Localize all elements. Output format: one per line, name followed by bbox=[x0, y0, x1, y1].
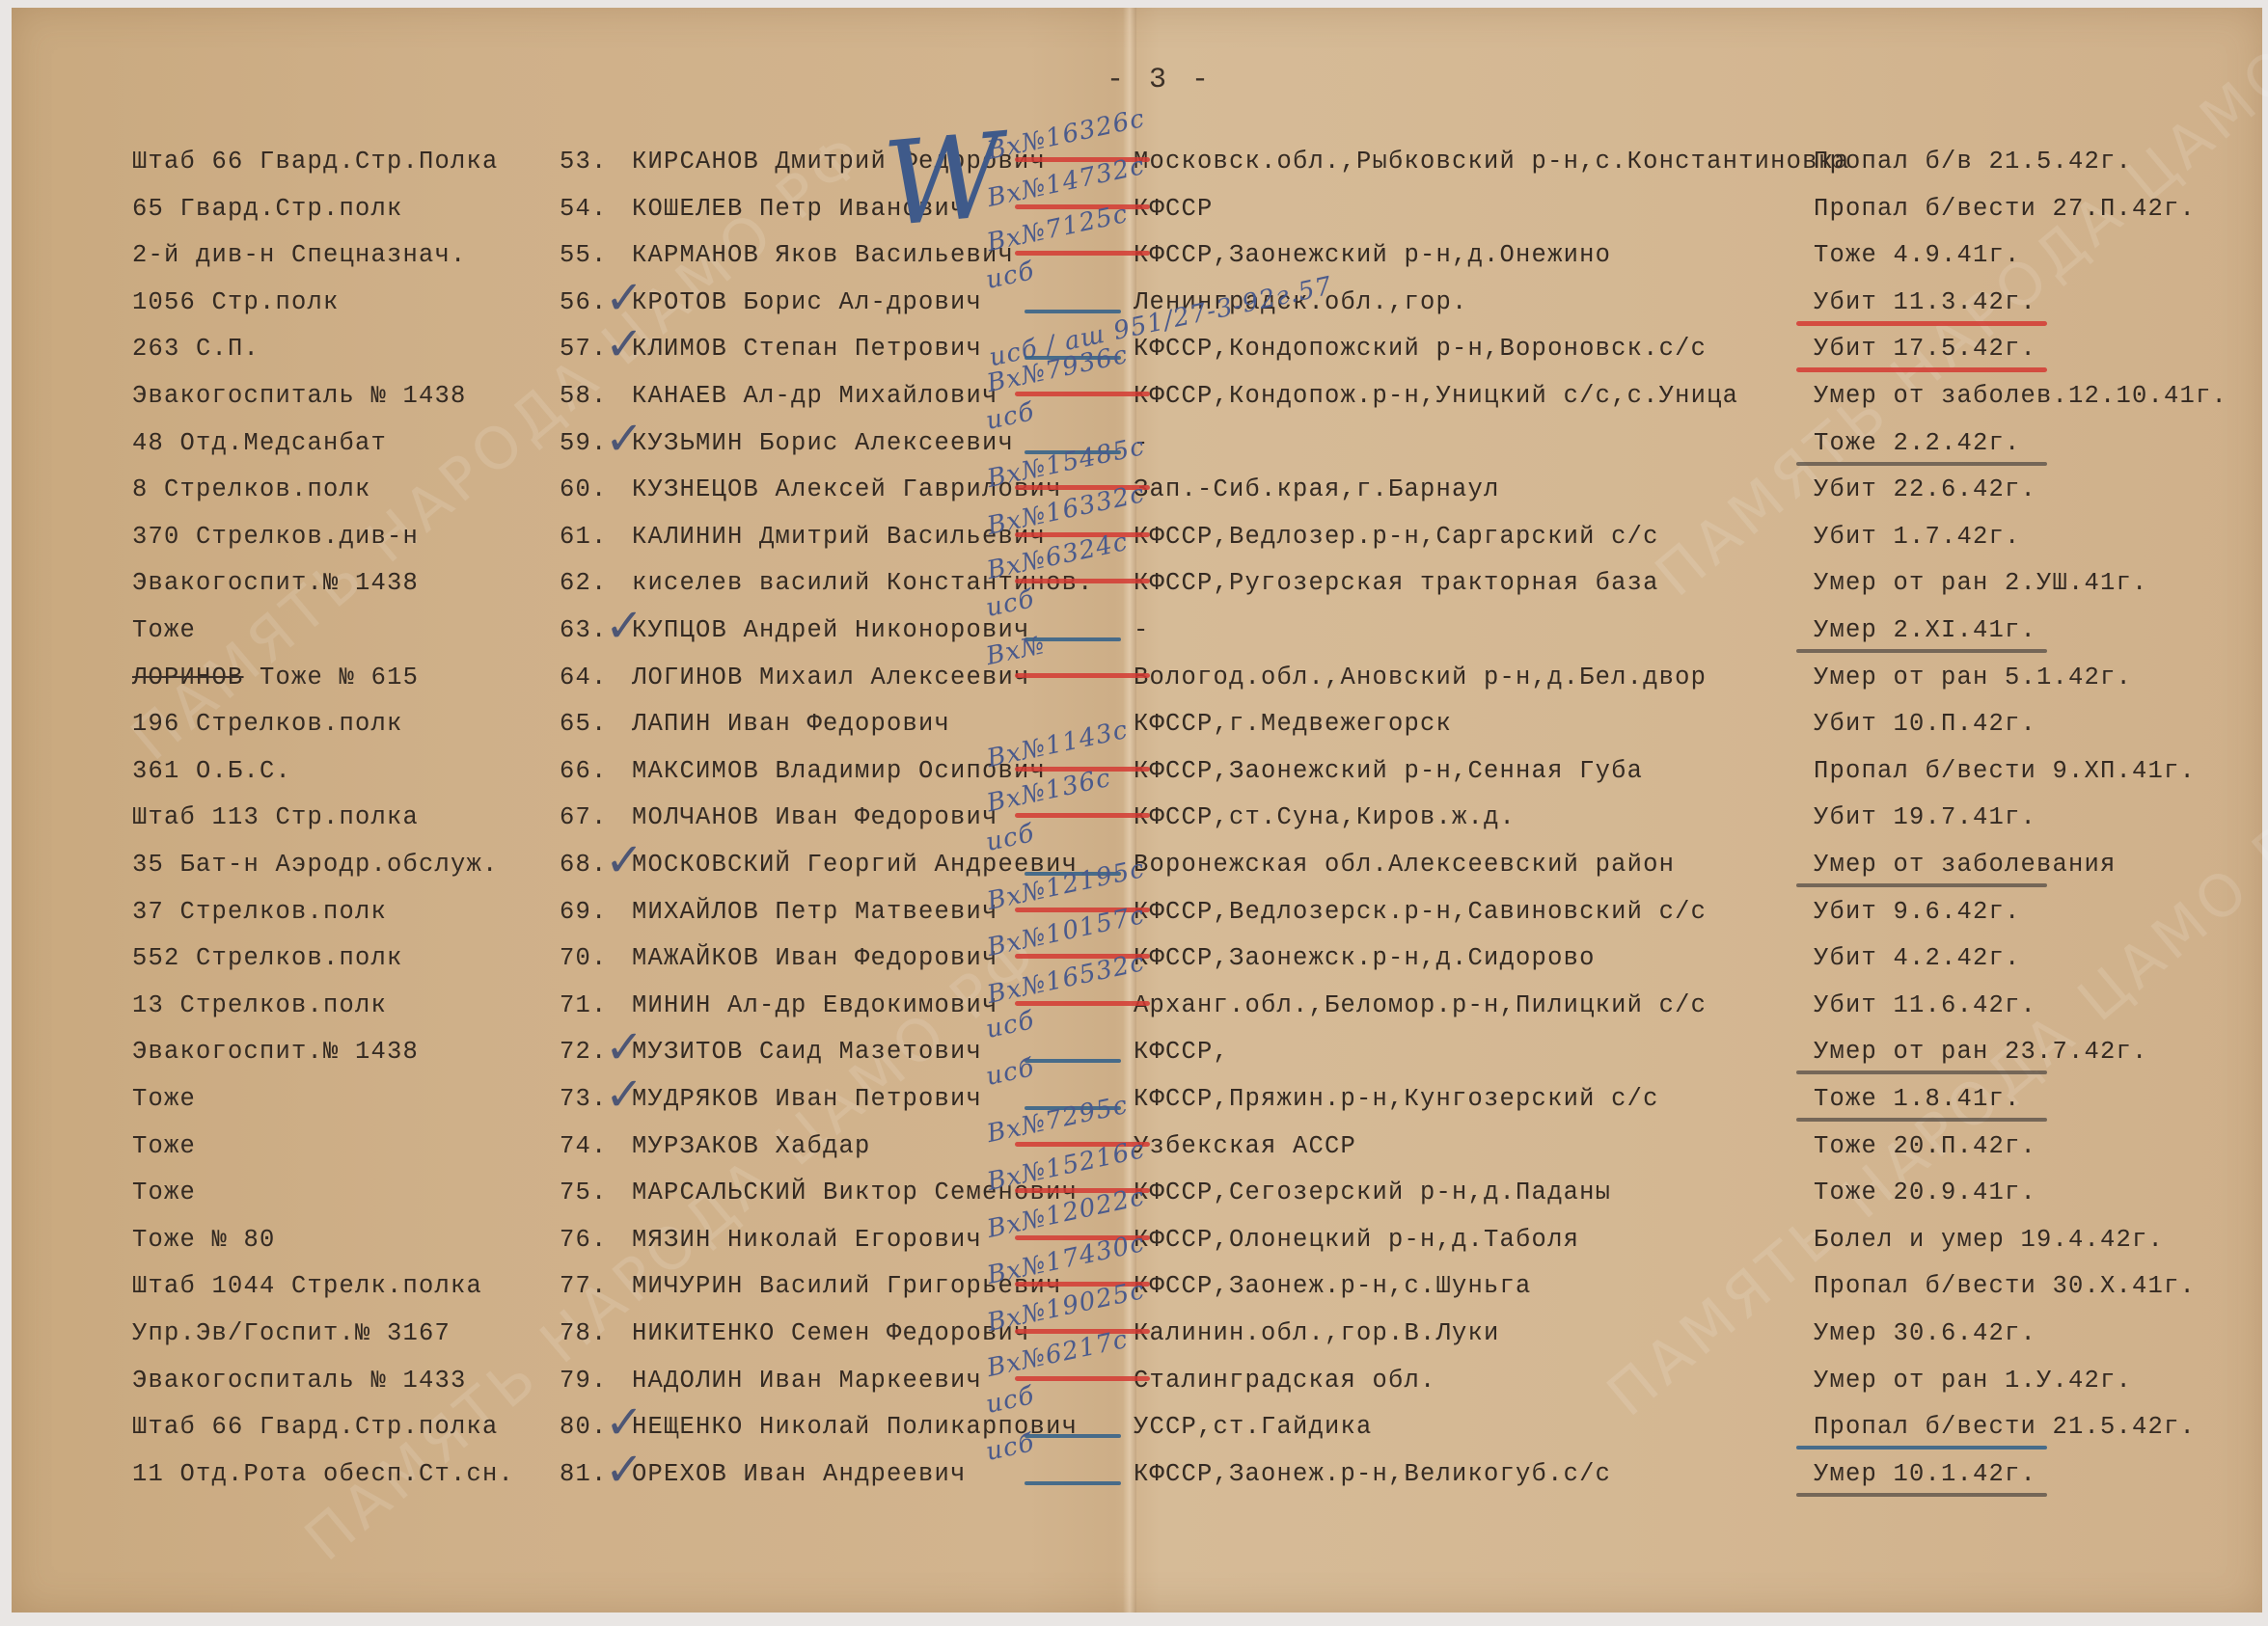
name-cell: МЯЗИН Николай Егорович bbox=[632, 1226, 982, 1254]
struck-prefix: ЛОРИНОВ bbox=[132, 664, 244, 691]
status-underline bbox=[1796, 1446, 2047, 1450]
address-cell: Московск.обл.,Рыбковский р-н,с.Константи… bbox=[1134, 148, 1850, 176]
status-cell: Болел и умер 19.4.42г. bbox=[1814, 1226, 2164, 1254]
number-cell: 70. bbox=[560, 944, 608, 972]
red-pencil-mark bbox=[1015, 251, 1150, 256]
table-row: 361 О.Б.С.66.МАКСИМОВ Владимир ОсиповичК… bbox=[12, 757, 2262, 799]
status-cell: Пропал б/в 21.5.42г. bbox=[1814, 148, 2132, 176]
blue-pencil-mark bbox=[1025, 1059, 1121, 1063]
status-cell: Убит 1.7.42г. bbox=[1814, 523, 2021, 551]
unit-cell: 48 Отд.Медсанбат bbox=[132, 429, 387, 457]
number-cell: 54. bbox=[560, 195, 608, 223]
status-cell: Тоже 20.П.42г. bbox=[1814, 1132, 2036, 1160]
status-cell: Тоже 4.9.41г. bbox=[1814, 241, 2021, 269]
table-row: 13 Стрелков.полк71.МИНИН Ал-др Евдокимов… bbox=[12, 991, 2262, 1034]
status-cell: Умер от ран 5.1.42г. bbox=[1814, 664, 2132, 691]
name-cell: НАДОЛИН Иван Маркеевич bbox=[632, 1367, 982, 1395]
address-cell: Калинин.обл.,гор.В.Луки bbox=[1134, 1319, 1500, 1347]
status-cell: Тоже 2.2.42г. bbox=[1814, 429, 2021, 457]
unit-cell: Упр.Эв/Госпит.№ 3167 bbox=[132, 1319, 451, 1347]
unit-cell: Тоже № 80 bbox=[132, 1226, 276, 1254]
checkmark-icon: ✓ bbox=[605, 412, 643, 466]
address-cell: КФССР,Ведлозер.р-н,Саргарский с/с bbox=[1134, 523, 1659, 551]
address-cell: - bbox=[1134, 616, 1150, 644]
number-cell: 59. bbox=[560, 429, 608, 457]
table-row: 370 Стрелков.див-н61.КАЛИНИН Дмитрий Вас… bbox=[12, 523, 2262, 565]
address-cell: Воронежская обл.Алексеевский район bbox=[1134, 851, 1675, 879]
status-cell: Пропал б/вести 21.5.42г. bbox=[1814, 1413, 2196, 1441]
address-cell: КФССР,Заонежск.р-н,д.Сидорово bbox=[1134, 944, 1596, 972]
unit-cell: 196 Стрелков.полк bbox=[132, 710, 403, 738]
unit-cell: 65 Гвард.Стр.полк bbox=[132, 195, 403, 223]
name-cell: КАЛИНИН Дмитрий Васильевич bbox=[632, 523, 1046, 551]
unit-cell: Эвакогоспиталь № 1438 bbox=[132, 382, 467, 410]
name-cell: МОЛЧАНОВ Иван Федорович bbox=[632, 803, 998, 831]
status-cell: Убит 11.3.42г. bbox=[1814, 288, 2036, 316]
address-cell: КФССР,Заонежский р-н,Сенная Губа bbox=[1134, 757, 1643, 785]
status-cell: Умер 2.XI.41г. bbox=[1814, 616, 2036, 644]
unit-cell: 1056 Стр.полк bbox=[132, 288, 340, 316]
number-cell: 67. bbox=[560, 803, 608, 831]
unit-cell: 2-й див-н Спецназнач. bbox=[132, 241, 467, 269]
number-cell: 81. bbox=[560, 1460, 608, 1488]
name-cell: МУДРЯКОВ Иван Петрович bbox=[632, 1085, 982, 1113]
blue-pencil-mark bbox=[1025, 1434, 1121, 1438]
table-row: Эвакогоспиталь № 143858.КАНАЕВ Ал-др Мих… bbox=[12, 382, 2262, 424]
unit-cell: Штаб 66 Гвард.Стр.полка bbox=[132, 1413, 499, 1441]
status-underline bbox=[1796, 321, 2047, 326]
unit-cell: Штаб 113 Стр.полка bbox=[132, 803, 419, 831]
unit-cell: Тоже bbox=[132, 1179, 196, 1206]
name-cell: КУПЦОВ Андрей Никонорович bbox=[632, 616, 1030, 644]
status-cell: Тоже 1.8.41г. bbox=[1814, 1085, 2021, 1113]
status-cell: Умер от заболевания bbox=[1814, 851, 2117, 879]
status-cell: Тоже 20.9.41г. bbox=[1814, 1179, 2036, 1206]
table-row: 65 Гвард.Стр.полк54.КОШЕЛЕВ Петр Иванови… bbox=[12, 195, 2262, 237]
address-cell: КФССР,Сегозерский р-н,д.Паданы bbox=[1134, 1179, 1611, 1206]
red-pencil-mark bbox=[1015, 673, 1150, 678]
unit-cell: Тоже bbox=[132, 1085, 196, 1113]
status-cell: Убит 19.7.41г. bbox=[1814, 803, 2036, 831]
name-cell: КУЗЬМИН Борис Алексеевич bbox=[632, 429, 1014, 457]
address-cell: Зап.-Сиб.края,г.Барнаул bbox=[1134, 475, 1500, 503]
checkmark-icon: ✓ bbox=[605, 833, 643, 887]
blue-pencil-mark bbox=[1025, 310, 1121, 313]
number-cell: 80. bbox=[560, 1413, 608, 1441]
checkmark-icon: ✓ bbox=[605, 599, 643, 653]
table-row: Эвакогоспиталь № 143379.НАДОЛИН Иван Мар… bbox=[12, 1367, 2262, 1409]
unit-cell: 361 О.Б.С. bbox=[132, 757, 291, 785]
address-cell: КФССР,ст.Суна,Киров.ж.д. bbox=[1134, 803, 1516, 831]
status-underline bbox=[1796, 367, 2047, 372]
unit-cell: 263 С.П. bbox=[132, 335, 260, 363]
number-cell: 79. bbox=[560, 1367, 608, 1395]
address-cell: УССР,ст.Гайдика bbox=[1134, 1413, 1373, 1441]
unit-cell: 552 Стрелков.полк bbox=[132, 944, 403, 972]
status-cell: Убит 4.2.42г. bbox=[1814, 944, 2021, 972]
number-cell: 64. bbox=[560, 664, 608, 691]
unit-cell: Эвакогоспит.№ 1438 bbox=[132, 1038, 419, 1066]
number-cell: 58. bbox=[560, 382, 608, 410]
address-cell: КФССР,г.Медвежегорск bbox=[1134, 710, 1452, 738]
address-cell: КФССР,Кондопож.р-н,Уницкий с/с,с.Уница bbox=[1134, 382, 1738, 410]
unit-cell: ЛОРИНОВ Тоже № 615 bbox=[132, 664, 419, 691]
name-cell: ОРЕХОВ Иван Андреевич bbox=[632, 1460, 967, 1488]
name-cell: МИНИН Ал-др Евдокимович bbox=[632, 991, 998, 1019]
address-cell: Арханг.обл.,Беломор.р-н,Пилицкий с/с bbox=[1134, 991, 1707, 1019]
number-cell: 77. bbox=[560, 1272, 608, 1300]
unit-cell: 35 Бат-н Аэродр.обслуж. bbox=[132, 851, 499, 879]
address-cell: КФССР,Заонеж.р-н,Великогуб.с/с bbox=[1134, 1460, 1611, 1488]
page-number: - 3 - bbox=[1107, 64, 1213, 96]
address-cell: КФССР,Заонежский р-н,д.Онежино bbox=[1134, 241, 1611, 269]
status-cell: Убит 22.6.42г. bbox=[1814, 475, 2036, 503]
number-cell: 76. bbox=[560, 1226, 608, 1254]
number-cell: 73. bbox=[560, 1085, 608, 1113]
unit-cell: 8 Стрелков.полк bbox=[132, 475, 371, 503]
address-cell: КФССР, bbox=[1134, 1038, 1229, 1066]
table-row: 2-й див-н Спецназнач.55.КАРМАНОВ Яков Ва… bbox=[12, 241, 2262, 284]
name-cell: МАЖАЙКОВ Иван Федорович bbox=[632, 944, 998, 972]
table-row: 196 Стрелков.полк65.ЛАПИН Иван Федорович… bbox=[12, 710, 2262, 752]
number-cell: 55. bbox=[560, 241, 608, 269]
address-cell: КФССР,Заонеж.р-н,с.Шуньга bbox=[1134, 1272, 1532, 1300]
checkmark-icon: ✓ bbox=[605, 1020, 643, 1074]
name-cell: МИХАЙЛОВ Петр Матвеевич bbox=[632, 898, 998, 926]
name-cell: КЛИМОВ Степан Петрович bbox=[632, 335, 982, 363]
number-cell: 69. bbox=[560, 898, 608, 926]
name-cell: КАНАЕВ Ал-др Михайлович bbox=[632, 382, 998, 410]
name-cell: МОСКОВСКИЙ Георгий Андреевич bbox=[632, 851, 1078, 879]
checkmark-icon: ✓ bbox=[605, 271, 643, 325]
status-cell: Умер от заболев.12.10.41г. bbox=[1814, 382, 2227, 410]
status-cell: Умер 10.1.42г. bbox=[1814, 1460, 2036, 1488]
number-cell: 63. bbox=[560, 616, 608, 644]
name-cell: ЛОГИНОВ Михаил Алексеевич bbox=[632, 664, 1030, 691]
unit-cell: 37 Стрелков.полк bbox=[132, 898, 387, 926]
document-page: ПАМЯТЬ НАРОДА ЦАМО РФ ПАМЯТЬ НАРОДА ЦАМО… bbox=[12, 8, 2262, 1612]
name-cell: МУРЗАКОВ Хабдар bbox=[632, 1132, 871, 1160]
address-cell: КФССР,Ругозерская тракторная база bbox=[1134, 569, 1659, 597]
red-pencil-mark bbox=[1015, 1376, 1150, 1381]
status-cell: Убит 17.5.42г. bbox=[1814, 335, 2036, 363]
status-cell: Убит 11.6.42г. bbox=[1814, 991, 2036, 1019]
status-underline bbox=[1796, 1070, 2047, 1074]
number-cell: 74. bbox=[560, 1132, 608, 1160]
unit-text: Тоже № 615 bbox=[260, 664, 419, 691]
status-cell: Умер от ран 2.УШ.41г. bbox=[1814, 569, 2148, 597]
status-cell: Умер 30.6.42г. bbox=[1814, 1319, 2036, 1347]
status-underline bbox=[1796, 883, 2047, 887]
address-cell: Сталинградская обл. bbox=[1134, 1367, 1436, 1395]
number-cell: 60. bbox=[560, 475, 608, 503]
address-cell: КФССР,Ведлозерск.р-н,Савиновский с/с bbox=[1134, 898, 1707, 926]
status-underline bbox=[1796, 1118, 2047, 1122]
name-cell: МУЗИТОВ Саид Мазетович bbox=[632, 1038, 982, 1066]
status-cell: Пропал б/вести 27.П.42г. bbox=[1814, 195, 2196, 223]
number-cell: 56. bbox=[560, 288, 608, 316]
number-cell: 78. bbox=[560, 1319, 608, 1347]
address-cell: КФССР,Кондопожский р-н,Вороновск.с/с bbox=[1134, 335, 1707, 363]
number-cell: 68. bbox=[560, 851, 608, 879]
checkmark-icon: ✓ bbox=[605, 1443, 643, 1497]
status-cell: Пропал б/вести 9.ХП.41г. bbox=[1814, 757, 2196, 785]
red-pencil-mark bbox=[1015, 813, 1150, 818]
unit-cell: 11 Отд.Рота обесп.Ст.сн. bbox=[132, 1460, 514, 1488]
status-cell: Умер от ран 23.7.42г. bbox=[1814, 1038, 2148, 1066]
number-cell: 61. bbox=[560, 523, 608, 551]
status-cell: Умер от ран 1.У.42г. bbox=[1814, 1367, 2132, 1395]
name-cell: ЛАПИН Иван Федорович bbox=[632, 710, 950, 738]
name-cell: МАКСИМОВ Владимир Осипович bbox=[632, 757, 1046, 785]
status-underline bbox=[1796, 649, 2047, 653]
red-pencil-mark bbox=[1015, 392, 1150, 396]
name-cell: НИКИТЕНКО Семен Федорович bbox=[632, 1319, 1030, 1347]
address-cell: КФССР,Олонецкий р-н,д.Таболя bbox=[1134, 1226, 1579, 1254]
status-underline bbox=[1796, 462, 2047, 466]
checkmark-icon: ✓ bbox=[605, 1396, 643, 1450]
blue-pencil-mark bbox=[1025, 1481, 1121, 1485]
unit-cell: Штаб 1044 Стрелк.полка bbox=[132, 1272, 482, 1300]
status-cell: Пропал б/вести 30.Х.41г. bbox=[1814, 1272, 2196, 1300]
address-cell: Узбекская АССР bbox=[1134, 1132, 1356, 1160]
address-cell: КФССР,Пряжин.р-н,Кунгозерский с/с bbox=[1134, 1085, 1659, 1113]
table-row: Штаб 113 Стр.полка67.МОЛЧАНОВ Иван Федор… bbox=[12, 803, 2262, 846]
status-underline bbox=[1796, 1493, 2047, 1497]
red-pencil-mark bbox=[1015, 579, 1150, 583]
name-cell: КРОТОВ Борис Ал-дрович bbox=[632, 288, 982, 316]
checkmark-icon: ✓ bbox=[605, 1068, 643, 1122]
number-cell: 66. bbox=[560, 757, 608, 785]
unit-cell: Тоже bbox=[132, 1132, 196, 1160]
status-cell: Убит 10.П.42г. bbox=[1814, 710, 2036, 738]
status-cell: Убит 9.6.42г. bbox=[1814, 898, 2021, 926]
unit-cell: 370 Стрелков.див-н bbox=[132, 523, 419, 551]
unit-cell: Тоже bbox=[132, 616, 196, 644]
red-pencil-mark bbox=[1015, 1001, 1150, 1006]
number-cell: 72. bbox=[560, 1038, 608, 1066]
scribble-mark: W bbox=[879, 109, 1009, 253]
address-cell: Вологод.обл.,Ановский р-н,д.Бел.двор bbox=[1134, 664, 1707, 691]
number-cell: 62. bbox=[560, 569, 608, 597]
number-cell: 71. bbox=[560, 991, 608, 1019]
checkmark-icon: ✓ bbox=[605, 317, 643, 371]
number-cell: 75. bbox=[560, 1179, 608, 1206]
number-cell: 65. bbox=[560, 710, 608, 738]
table-row: Эвакогоспит.№ 143862.киселев василий Кон… bbox=[12, 569, 2262, 611]
table-row: ЛОРИНОВ Тоже № 61564.ЛОГИНОВ Михаил Алек… bbox=[12, 664, 2262, 706]
unit-cell: Штаб 66 Гвард.Стр.Полка bbox=[132, 148, 499, 176]
number-cell: 57. bbox=[560, 335, 608, 363]
number-cell: 53. bbox=[560, 148, 608, 176]
unit-cell: 13 Стрелков.полк bbox=[132, 991, 387, 1019]
table-row: Упр.Эв/Госпит.№ 316778.НИКИТЕНКО Семен Ф… bbox=[12, 1319, 2262, 1362]
unit-cell: Эвакогоспиталь № 1433 bbox=[132, 1367, 467, 1395]
unit-cell: Эвакогоспит.№ 1438 bbox=[132, 569, 419, 597]
